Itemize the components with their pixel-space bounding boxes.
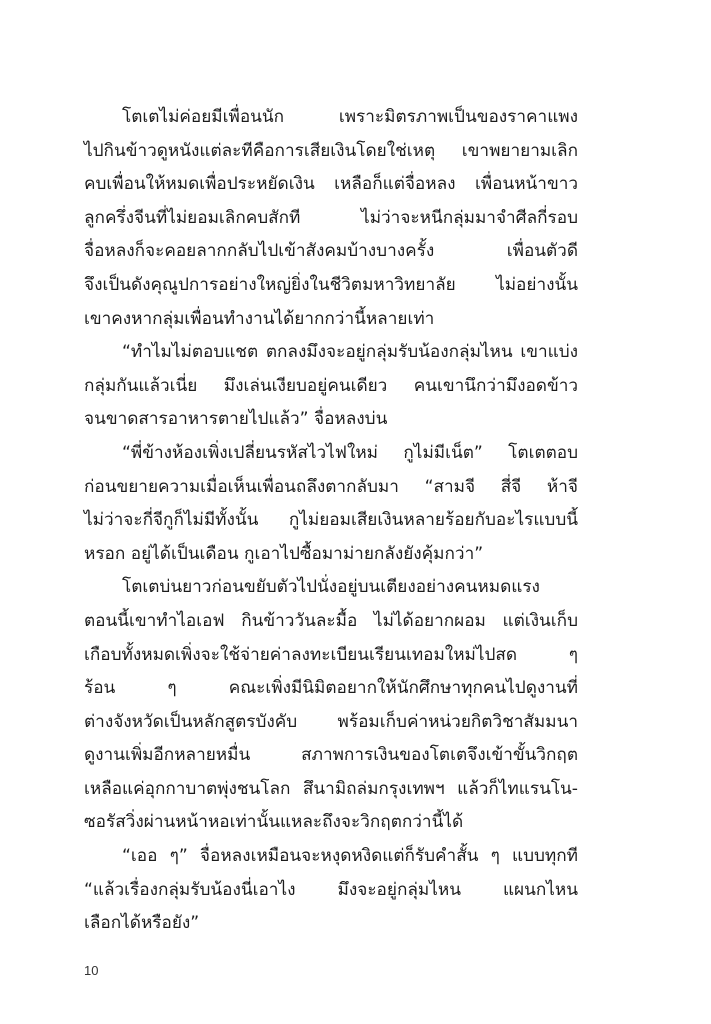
text-line: ต่างจังหวัดเป็นหลักสูตรบังคับ พร้อมเก็บค… bbox=[84, 706, 578, 740]
text-line: “ทำไมไม่ตอบแชต ตกลงมึงจะอยู่กลุ่มรับน้อง… bbox=[84, 336, 578, 370]
text-line: เขาคงหากลุ่มเพื่อนทำงานได้ยากกว่านี้หลาย… bbox=[84, 303, 578, 337]
text-line: เกือบทั้งหมดเพิ่งจะใช้จ่ายค่าลงทะเบียนเร… bbox=[84, 639, 578, 673]
text-line: ร้อน ๆ คณะเพิ่งมีนิมิตอยากให้นักศึกษาทุก… bbox=[84, 672, 578, 706]
text-line: ไปกินข้าวดูหนังแต่ละทีคือการเสียเงินโดยใ… bbox=[84, 135, 578, 169]
text-line: “แล้วเรื่องกลุ่มรับน้องนี่เอาไง มึงจะอยู… bbox=[84, 874, 578, 908]
page-number: 10 bbox=[84, 963, 98, 978]
text-line: ดูงานเพิ่มอีกหลายหมื่น สภาพการเงินของโตเ… bbox=[84, 739, 578, 773]
text-line: คบเพื่อนให้หมดเพื่อประหยัดเงิน เหลือก็แต… bbox=[84, 168, 578, 202]
text-line: โตเตไม่ค่อยมีเพื่อนนัก เพราะมิตรภาพเป็นข… bbox=[84, 101, 578, 135]
text-line: โตเตบ่นยาวก่อนขยับตัวไปนั่งอยู่บนเตียงอย… bbox=[84, 571, 578, 605]
text-line: หรอก อยู่ได้เป็นเดือน กูเอาไปซื้อมาม่ายก… bbox=[84, 538, 578, 572]
text-line: เหลือแค่อุกกาบาตพุ่งชนโลก สึนามิถล่มกรุง… bbox=[84, 773, 578, 807]
text-line: จึงเป็นดังคุณูปการอย่างใหญ่ยิ่งในชีวิตมห… bbox=[84, 269, 578, 303]
text-line: “พี่ข้างห้องเพิ่งเปลี่ยนรหัสไวไฟใหม่ กูไ… bbox=[84, 437, 578, 471]
text-line: ก่อนขยายความเมื่อเห็นเพื่อนถลึงตากลับมา … bbox=[84, 471, 578, 505]
text-line: ซอรัสวิ่งผ่านหน้าหอเท่านั้นแหละถึงจะวิกฤ… bbox=[84, 806, 578, 840]
text-line: เลือกได้หรือยัง” bbox=[84, 907, 578, 941]
text-line: ลูกครึ่งจีนที่ไม่ยอมเลิกคบสักที ไม่ว่าจะ… bbox=[84, 202, 578, 236]
book-page: โตเตไม่ค่อยมีเพื่อนนัก เพราะมิตรภาพเป็นข… bbox=[0, 0, 711, 1024]
text-line: ตอนนี้เขาทำไอเอฟ กินข้าววันละมื้อ ไม่ได้… bbox=[84, 605, 578, 639]
text-line: ไม่ว่าจะกี่จีกูก็ไม่มีทั้งนั้น กูไม่ยอมเ… bbox=[84, 504, 578, 538]
text-line: กลุ่มกันแล้วเนี่ย มึงเล่นเงียบอยู่คนเดีย… bbox=[84, 370, 578, 404]
body-text: โตเตไม่ค่อยมีเพื่อนนัก เพราะมิตรภาพเป็นข… bbox=[84, 101, 578, 941]
text-line: “เออ ๆ” จื่อหลงเหมือนจะหงุดหงิดแต่ก็รับค… bbox=[84, 840, 578, 874]
text-line: จื่อหลงก็จะคอยลากกลับไปเข้าสังคมบ้างบางค… bbox=[84, 235, 578, 269]
text-line: จนขาดสารอาหารตายไปแล้ว” จื่อหลงบ่น bbox=[84, 403, 578, 437]
